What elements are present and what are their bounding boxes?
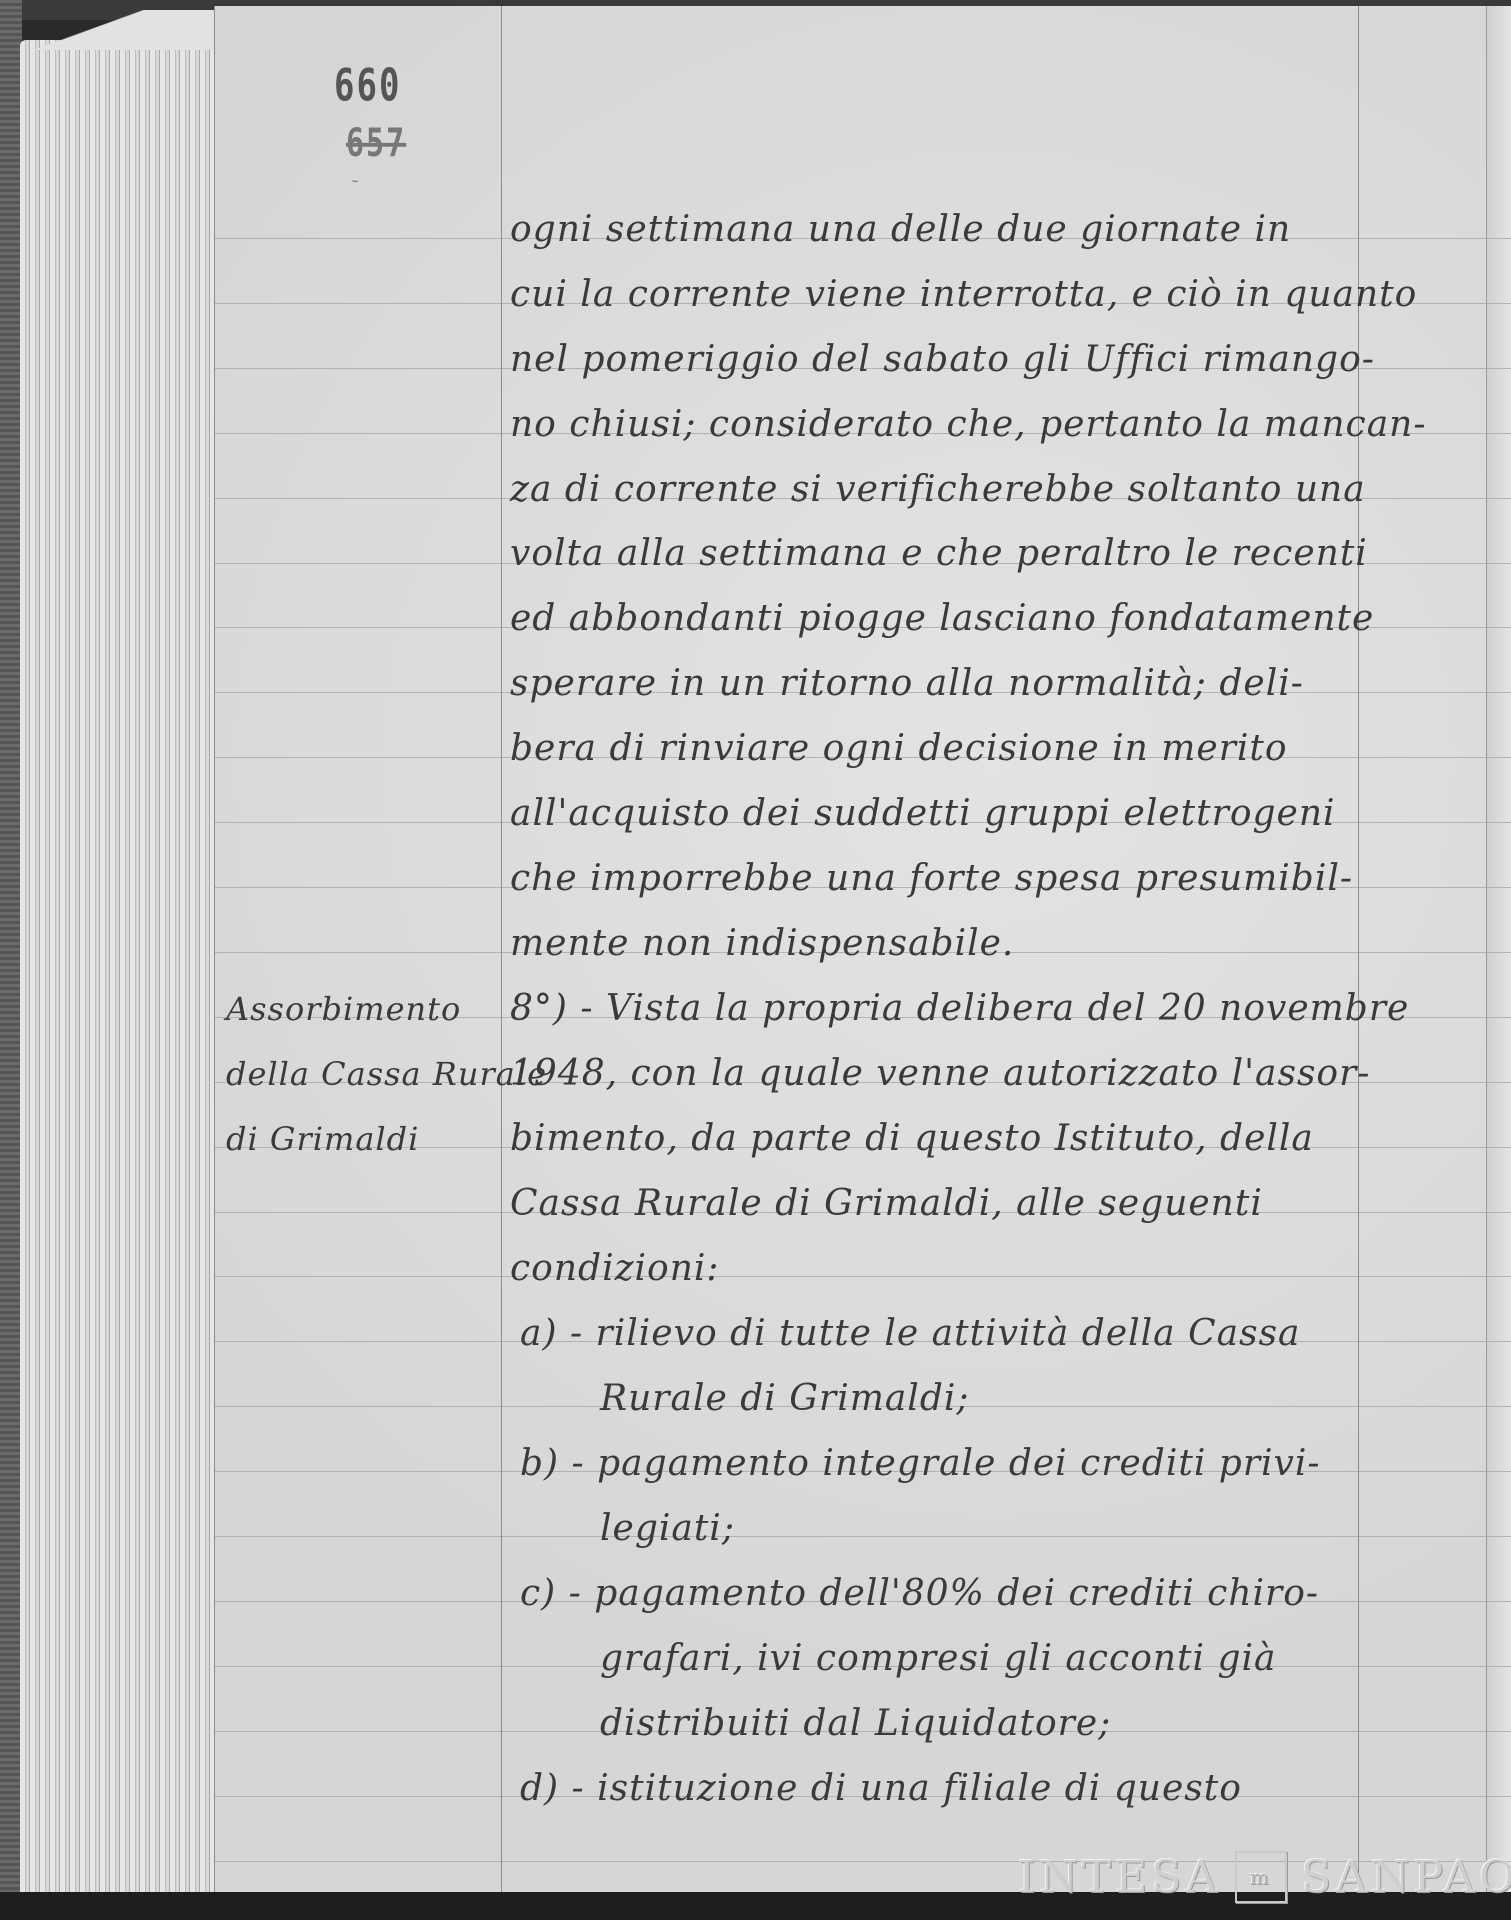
left-margin-line [501,6,502,1892]
text-line: mente non indispensabile. [510,918,1360,970]
old-page-number-stamp: 657 [346,121,406,167]
stamp-mark: ~ [352,176,360,187]
text-line: volta alla settimana e che peraltro le r… [510,528,1360,580]
text-line: nel pomeriggio del sabato gli Uffici rim… [510,334,1360,386]
text-line: cui la corrente viene interrotta, e ciò … [510,269,1360,321]
condition-d: d) - istituzione di una filiale di quest… [520,1763,1370,1815]
margin-note-line: di Grimaldi [226,1113,506,1165]
text-line: 1948, con la quale venne autorizzato l'a… [510,1048,1360,1100]
text-line: bimento, da parte di questo Istituto, de… [510,1113,1360,1165]
margin-note-line: Assorbimento [226,983,506,1035]
watermark-logo-icon: m [1235,1851,1287,1903]
text-line: Cassa Rurale di Grimaldi, alle seguenti [510,1178,1360,1230]
text-line: condizioni: [510,1243,1360,1295]
margin-note-line: della Cassa Rurale [226,1048,506,1100]
text-line: ogni settimana una delle due giornate in [510,204,1360,256]
condition-c: c) - pagamento dell'80% dei crediti chir… [520,1568,1370,1620]
text-line: Rurale di Grimaldi; [600,1373,1450,1425]
text-line: distribuiti dal Liquidatore; [600,1698,1450,1750]
text-line: no chiusi; considerato che, pertanto la … [510,399,1360,451]
text-line: za di corrente si verificherebbe soltant… [510,464,1360,516]
text-line: all'acquisto dei suddetti gruppi elettro… [510,788,1360,840]
page-fold [1486,6,1511,1892]
page-left-edge-line [214,6,215,1892]
condition-a: a) - rilievo di tutte le attività della … [520,1308,1370,1360]
text-line: sperare in un ritorno alla normalità; de… [510,658,1360,710]
text-line: ed abbondanti piogge lasciano fondatamen… [510,593,1360,645]
watermark-right: SANPAOLO [1301,1852,1511,1903]
text-line: che imporrebbe una forte spesa presumibi… [510,853,1360,905]
watermark-left: INTESA [1018,1852,1221,1903]
text-line: grafari, ivi compresi gli acconti già [600,1633,1450,1685]
text-line: 8°) - Vista la propria delibera del 20 n… [510,983,1360,1035]
page-stack-edges [20,40,215,1892]
text-line: legiati; [600,1503,1450,1555]
background-left [0,0,22,1920]
page-number-stamp: 660 [334,60,401,112]
text-line: bera di rinviare ogni decisione in merit… [510,723,1360,775]
condition-b: b) - pagamento integrale dei crediti pri… [520,1438,1370,1490]
intesa-sanpaolo-watermark: INTESAmSANPAOLO [1018,1852,1511,1907]
